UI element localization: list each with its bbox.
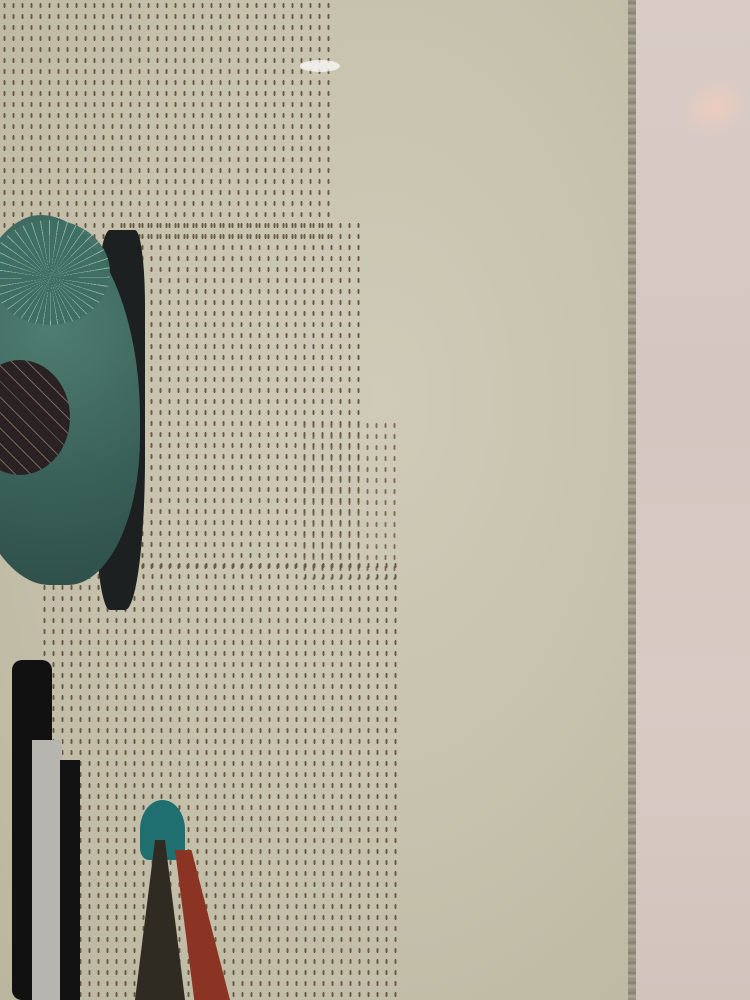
glass-glare [300,60,340,72]
white-vertical-band [32,740,62,1000]
artwork-photo: Close-up photo of the lower-right corner… [0,0,750,1000]
dotted-texture [40,560,400,1000]
dotted-texture [0,0,330,240]
deckled-paper-edge [628,0,636,1000]
pink-mat [632,0,750,1000]
dotted-texture [300,420,400,580]
black-vertical-band [60,760,80,1000]
